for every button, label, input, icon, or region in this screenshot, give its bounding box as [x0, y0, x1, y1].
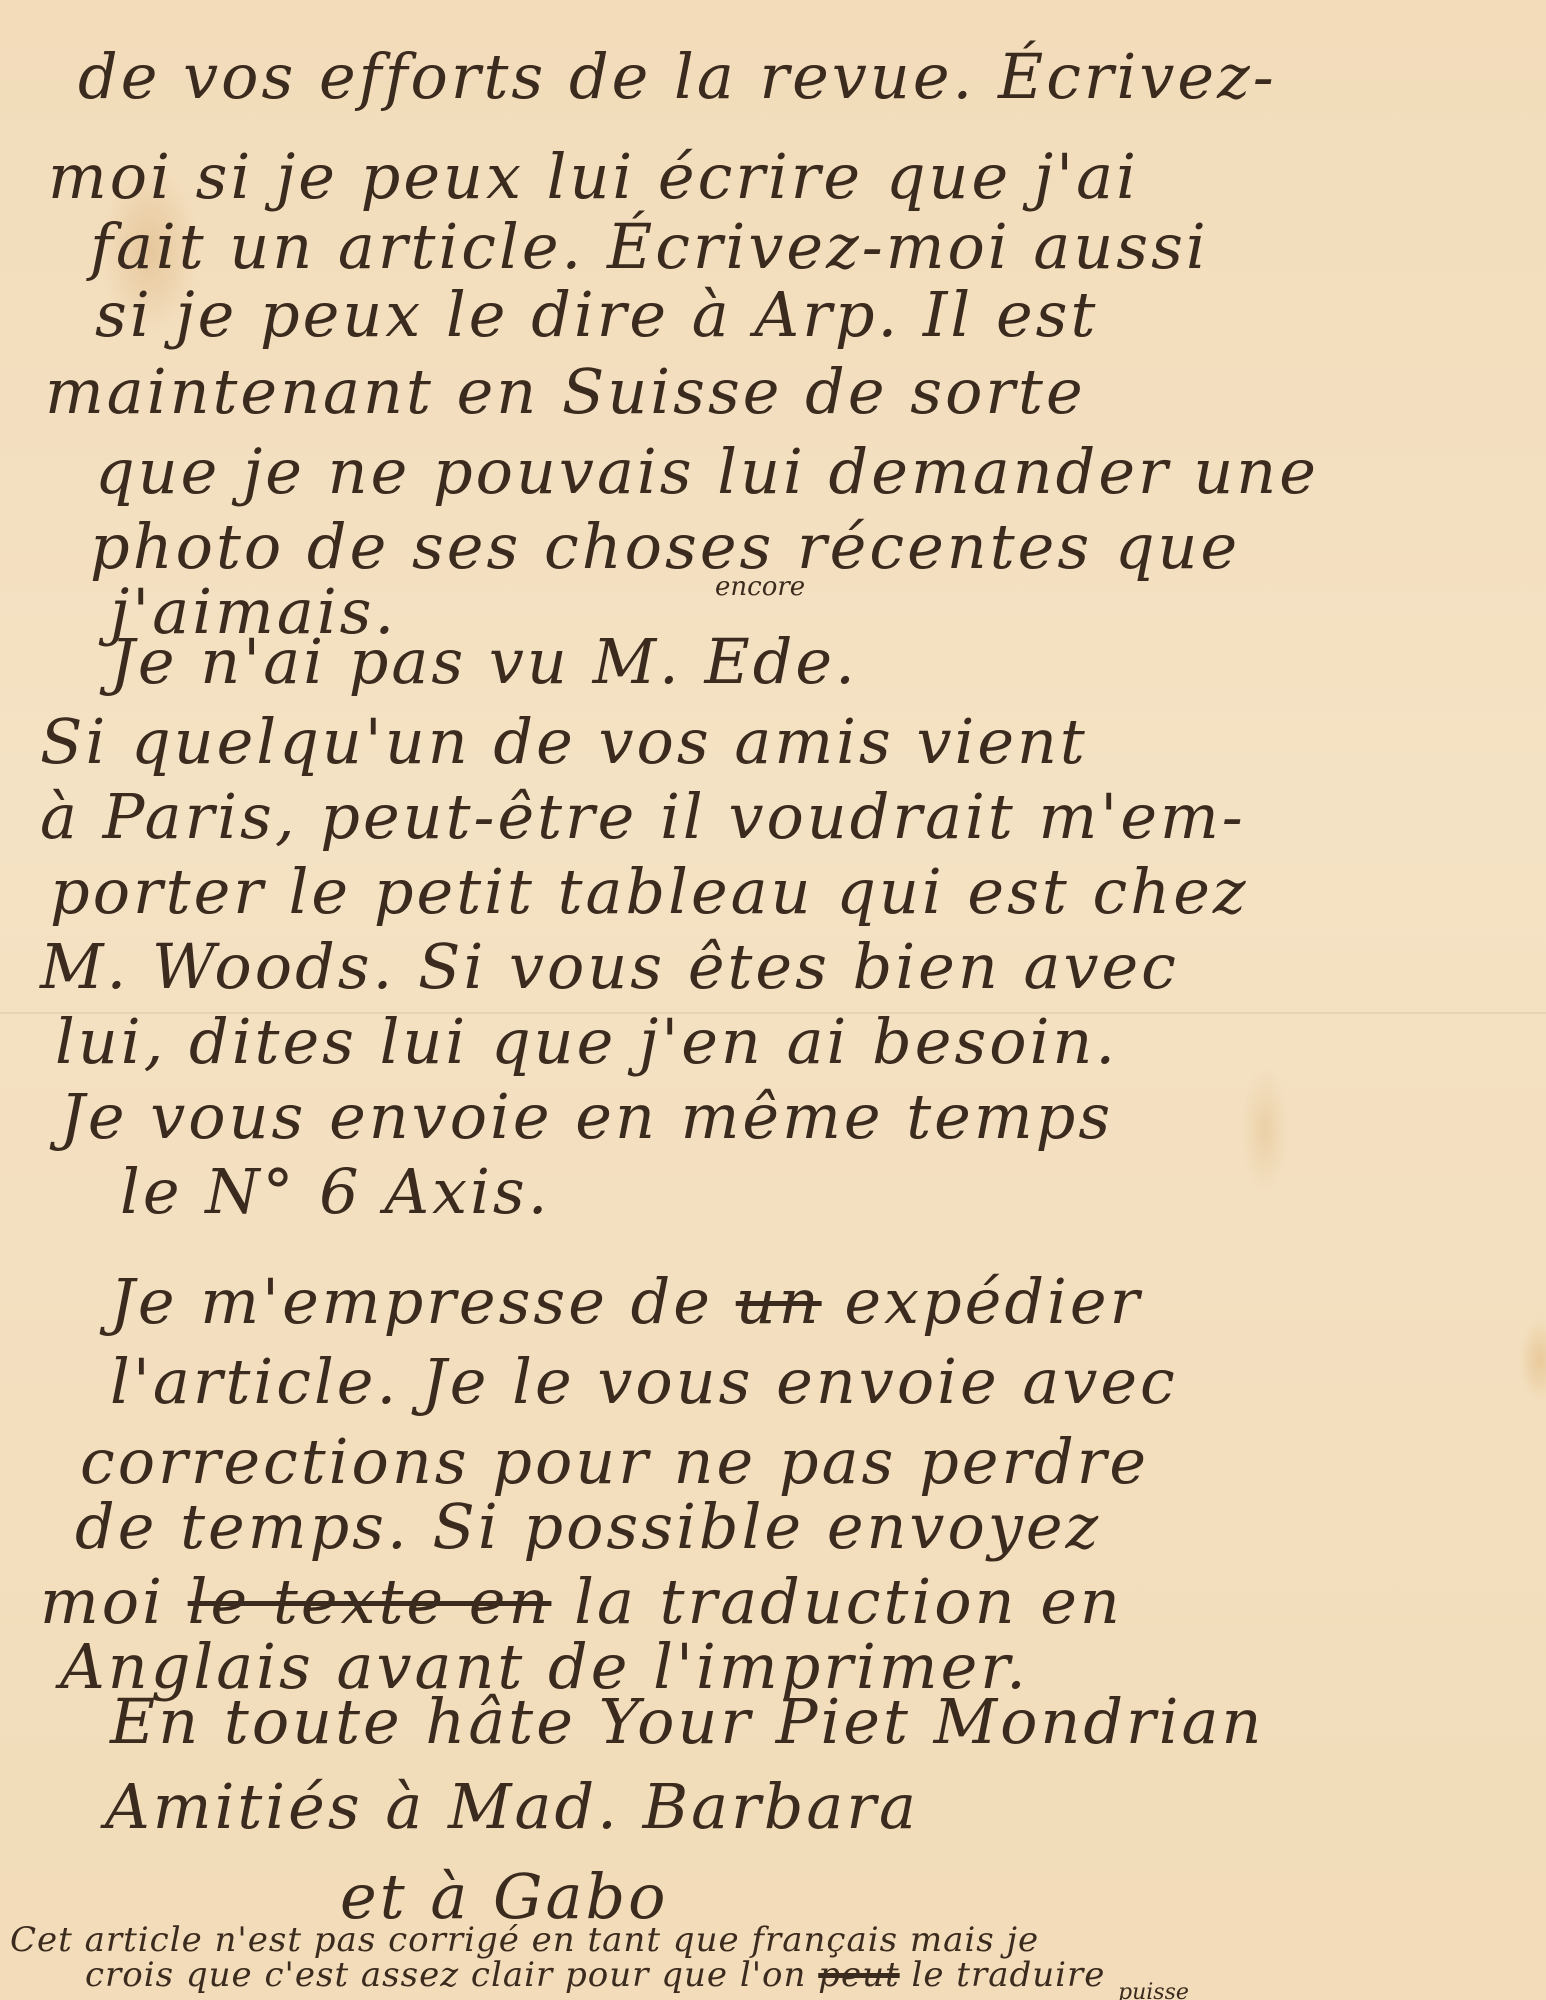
postscript-line-1: Cet article n'est pas corrigé en tant qu… [10, 1920, 1039, 1960]
letter-line-20: de temps. Si possible envoyez [75, 1490, 1101, 1563]
struck-words: le texte en [188, 1565, 552, 1638]
postscript-line-2: crois que c'est assez clair pour que l'o… [85, 1955, 1105, 1995]
text-segment: le traduire [912, 1955, 1106, 1995]
struck-word: un [736, 1265, 822, 1338]
letter-line-10: Si quelqu'un de vos amis vient [40, 705, 1088, 778]
text-segment: la traduction en [574, 1565, 1123, 1638]
letter-line-21: moi le texte en la traduction en [40, 1565, 1123, 1638]
letter-line-13: M. Woods. Si vous êtes bien avec [40, 930, 1179, 1003]
letter-regards-line: Amitiés à Mad. Barbara [105, 1770, 919, 1843]
postscript-correction: puisse [1118, 1980, 1189, 2000]
letter-line-18: l'article. Je le vous envoie avec [110, 1345, 1178, 1418]
letter-line-16: le N° 6 Axis. [120, 1155, 550, 1228]
letter-line-19: corrections pour ne pas perdre [80, 1425, 1149, 1498]
letter-line-3: fait un article. Écrivez-moi aussi [90, 210, 1209, 283]
letter-line-1: de vos efforts de la revue. Écrivez- [78, 40, 1277, 113]
letter-line-6: que je ne pouvais lui demander une [95, 435, 1319, 508]
letter-line-15: Je vous envoie en même temps [60, 1080, 1113, 1153]
letter-line-12: porter le petit tableau qui est chez [50, 855, 1249, 928]
letter-line-4: si je peux le dire à Arp. Il est [95, 278, 1098, 351]
struck-word: peut [818, 1955, 899, 1995]
text-segment: Je m'empresse de [110, 1265, 713, 1338]
letter-line-7: photo de ses choses récentes que [90, 510, 1240, 583]
text-segment: moi [40, 1565, 165, 1638]
text-segment: expédier [844, 1265, 1142, 1338]
text-segment: crois que c'est assez clair pour que l'o… [85, 1955, 806, 1995]
letter-line-17: Je m'empresse de un expédier [110, 1265, 1142, 1338]
letter-line-5: maintenant en Suisse de sorte [45, 355, 1086, 428]
letter-line-14: lui, dites lui que j'en ai besoin. [55, 1005, 1118, 1078]
interlinear-insert: encore [715, 572, 805, 602]
letter-line-9: Je n'ai pas vu M. Ede. [110, 625, 858, 698]
letter-line-2: moi si je peux lui écrire que j'ai [48, 140, 1139, 213]
letter-closing-signature: En toute hâte Your Piet Mondrian [110, 1685, 1264, 1758]
letter-line-11: à Paris, peut-être il voudrait m'em- [40, 780, 1246, 853]
